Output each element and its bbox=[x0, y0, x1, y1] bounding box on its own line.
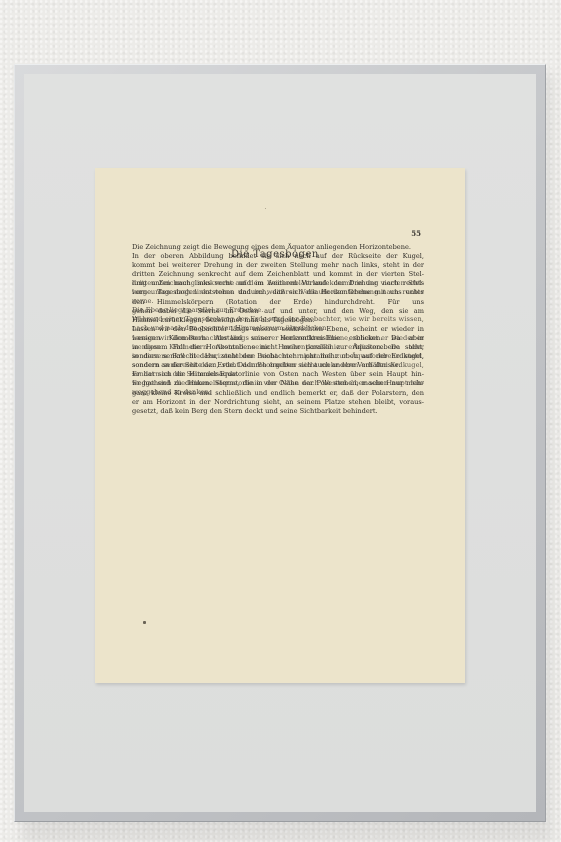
text-line: sondern an der Seite der Erde. bbox=[132, 370, 424, 379]
paper-speck bbox=[265, 208, 266, 209]
text-line: er am Horizont in der Nordrichtung sieht… bbox=[132, 398, 424, 407]
text-line: in diesem Fall die Horizontebene nicht m… bbox=[132, 352, 424, 361]
text-line: dritten Zeichnung senkrecht auf dem Zeic… bbox=[132, 279, 424, 288]
text-line: weggehend zu denken. bbox=[132, 388, 424, 397]
text-line: vorne. bbox=[132, 297, 424, 306]
printed-page: 55 Die Tagesbogen Die Zeichnung zeigt di… bbox=[95, 168, 465, 683]
text-line: Er hat sich die Himmelsäquatorlinie von … bbox=[132, 379, 424, 388]
picture-frame: 55 Die Tagesbogen Die Zeichnung zeigt di… bbox=[14, 64, 546, 822]
mat-board: 55 Die Tagesbogen Die Zeichnung zeigt di… bbox=[24, 74, 536, 812]
text-line: gesetzt, daß kein Berg den Stern deckt u… bbox=[132, 407, 424, 416]
text-line: Während einer Tagesdrehung der Erde wird… bbox=[132, 315, 424, 324]
text-line: nach und nach den gesamten Himmelsraum ü… bbox=[132, 324, 424, 333]
frame-glass: 55 Die Tagesbogen Die Zeichnung zeigt di… bbox=[24, 74, 536, 812]
text-line: sondern senkrecht dazu, steht der Beobac… bbox=[132, 361, 424, 370]
text-line: Lassen wir den Beobachter längs unserer … bbox=[132, 334, 424, 343]
text-line: lung unten nach links vorne und im weite… bbox=[132, 288, 424, 297]
text-layer-b: dritten Zeichnung senkrecht auf dem Zeic… bbox=[132, 243, 424, 397]
text-line: Die Ebene liegt parallel zur Erdachse. bbox=[132, 306, 424, 315]
text-line: wenigen Kilometern Abstand seine Horizon… bbox=[132, 343, 424, 352]
page-number: 55 bbox=[411, 229, 421, 238]
layer-offset bbox=[132, 243, 424, 279]
paper-speck bbox=[143, 621, 146, 624]
